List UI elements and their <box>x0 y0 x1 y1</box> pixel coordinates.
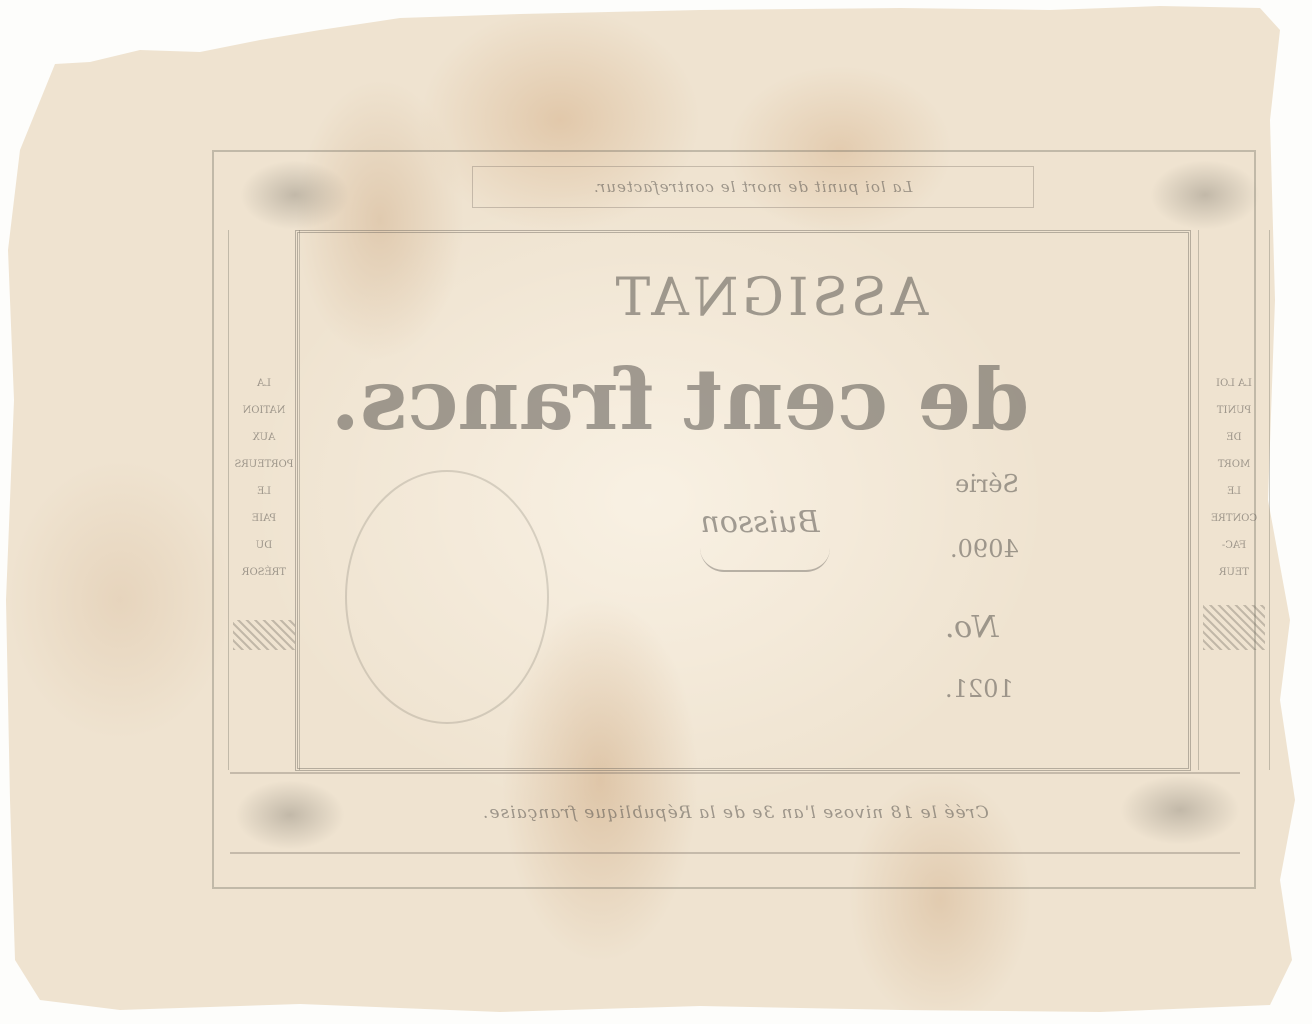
left-panel-text: LA NATION AUX PORTEURS LE PAIE DU TRÉSOR <box>229 370 299 586</box>
corner-ornament-icon <box>1150 160 1260 230</box>
pattern-ornament-icon <box>233 620 295 650</box>
panel-line: CONTRE <box>1199 505 1269 532</box>
top-band-text: La loi punit de mort le contrefacteur. <box>593 178 912 196</box>
panel-line: LE <box>229 478 299 505</box>
left-side-panel: LA NATION AUX PORTEURS LE PAIE DU TRÉSOR <box>228 230 300 770</box>
corner-ornament-icon <box>240 160 350 230</box>
panel-line: DE <box>1199 424 1269 451</box>
top-band: La loi punit de mort le contrefacteur. <box>472 166 1034 208</box>
banknote-denomination: de cent francs. <box>330 350 1030 449</box>
bottom-band: Créé le 18 nivose l'an 3e de la Républiq… <box>230 772 1240 854</box>
pattern-ornament-icon <box>1203 605 1265 650</box>
panel-line: PAIE <box>229 505 299 532</box>
dry-seal-icon <box>345 470 549 724</box>
panel-line: PORTEURS <box>229 451 299 478</box>
panel-line: PUNIT <box>1199 397 1269 424</box>
panel-line: LA LOI <box>1199 370 1269 397</box>
right-side-panel: LA LOI PUNIT DE MORT LE CONTRE FAC- TEUR <box>1198 230 1270 770</box>
number-value: 1021. <box>945 675 1014 703</box>
right-panel-text: LA LOI PUNIT DE MORT LE CONTRE FAC- TEUR <box>1199 370 1269 586</box>
panel-line: LA <box>229 370 299 397</box>
bottom-band-text: Créé le 18 nivose l'an 3e de la Républiq… <box>482 803 989 823</box>
signature-flourish-icon <box>700 548 830 572</box>
panel-line: FAC- <box>1199 532 1269 559</box>
panel-line: NATION <box>229 397 299 424</box>
banknote-title: ASSIGNAT <box>540 268 1000 328</box>
serie-label: Série <box>955 470 1019 498</box>
panel-line: TRÉSOR <box>229 559 299 586</box>
serie-number: 4090. <box>950 535 1019 563</box>
panel-line: TEUR <box>1199 559 1269 586</box>
panel-line: MORT <box>1199 451 1269 478</box>
panel-line: LE <box>1199 478 1269 505</box>
panel-line: AUX <box>229 424 299 451</box>
number-label: No. <box>945 610 998 645</box>
panel-line: DU <box>229 532 299 559</box>
